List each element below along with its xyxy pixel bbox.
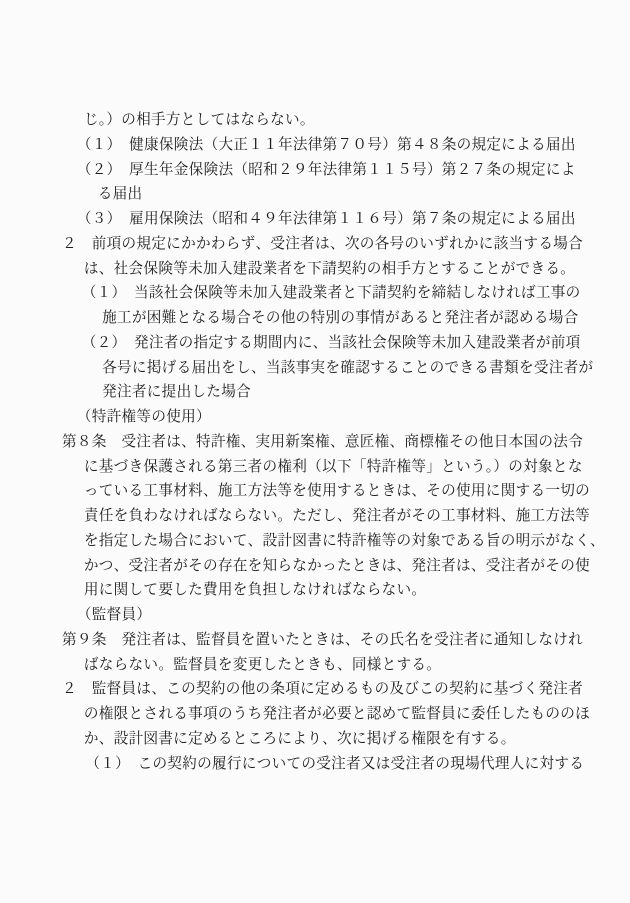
doc-line-heading: （特許権等の使用） <box>77 405 602 430</box>
contract-text-block: じ。）の相手方としてはならない。 （１） 健康保険法（大正１１年法律第７０号）第… <box>62 108 602 776</box>
doc-line-heading: （監督員） <box>77 603 602 628</box>
doc-line-item: （１） この契約の履行についての受注者又は受注者の現場代理人に対する <box>85 752 602 777</box>
doc-line: 責任を負わなければならない。ただし、発注者がその工事材料、施工方法等 <box>84 504 602 529</box>
doc-line: か、設計図書に定めるところにより、次に掲げる権限を有する。 <box>84 727 602 752</box>
doc-line-item: （３） 雇用保険法（昭和４９年法律第１１６号）第７条の規定による届出 <box>77 207 602 232</box>
doc-line: 発注者に提出した場合 <box>102 380 602 405</box>
doc-line-item: （２） 厚生年金保険法（昭和２９年法律第１１５号）第２７条の規定によ <box>77 158 602 183</box>
doc-line: を指定した場合において、設計図書に特許権等の対象である旨の明示がなく、 <box>84 529 602 554</box>
doc-line: じ。）の相手方としてはならない。 <box>84 108 602 133</box>
doc-line: ばならない。監督員を変更したときも、同様とする。 <box>84 653 602 678</box>
doc-line-article: 第８条 受注者は、特許権、実用新案権、意匠権、商標権その他日本国の法令 <box>62 430 602 455</box>
doc-line: 各号に掲げる届出をし、当該事実を確認することのできる書類を受注者が <box>102 356 602 381</box>
doc-line: る届出 <box>98 182 602 207</box>
doc-line-paragraph: ２ 監督員は、この契約の他の条項に定めるもの及びこの契約に基づく発注者 <box>62 677 602 702</box>
doc-line: の権限とされる事項のうち発注者が必要と認めて監督員に委任したもののほ <box>84 702 602 727</box>
document-viewport: { "colors": { "page_background": "#fbfbf… <box>0 0 630 903</box>
doc-line: かつ、受注者がその存在を知らなかったときは、発注者は、受注者がその使 <box>84 554 602 579</box>
doc-line: は、社会保険等未加入建設業者を下請契約の相手方とすることができる。 <box>84 257 602 282</box>
doc-line-item: （１） 当該社会保険等未加入建設業者と下請契約を締結しなければ工事の <box>82 281 602 306</box>
doc-line-item: （２） 発注者の指定する期間内に、当該社会保険等未加入建設業者が前項 <box>82 331 602 356</box>
doc-line: っている工事材料、施工方法等を使用するときは、その使用に関する一切の <box>84 479 602 504</box>
doc-line-article: 第９条 発注者は、監督員を置いたときは、その氏名を受注者に通知しなけれ <box>62 628 602 653</box>
doc-line: 用に関して要した費用を負担しなければならない。 <box>84 578 602 603</box>
doc-line: 施工が困難となる場合その他の特別の事情があると発注者が認める場合 <box>102 306 602 331</box>
document-page: じ。）の相手方としてはならない。 （１） 健康保険法（大正１１年法律第７０号）第… <box>0 0 630 903</box>
doc-line-paragraph: ２ 前項の規定にかかわらず、受注者は、次の各号のいずれかに該当する場合 <box>62 232 602 257</box>
doc-line: に基づき保護される第三者の権利（以下「特許権等」という。）の対象とな <box>84 455 602 480</box>
doc-line-item: （１） 健康保険法（大正１１年法律第７０号）第４８条の規定による届出 <box>77 133 602 158</box>
